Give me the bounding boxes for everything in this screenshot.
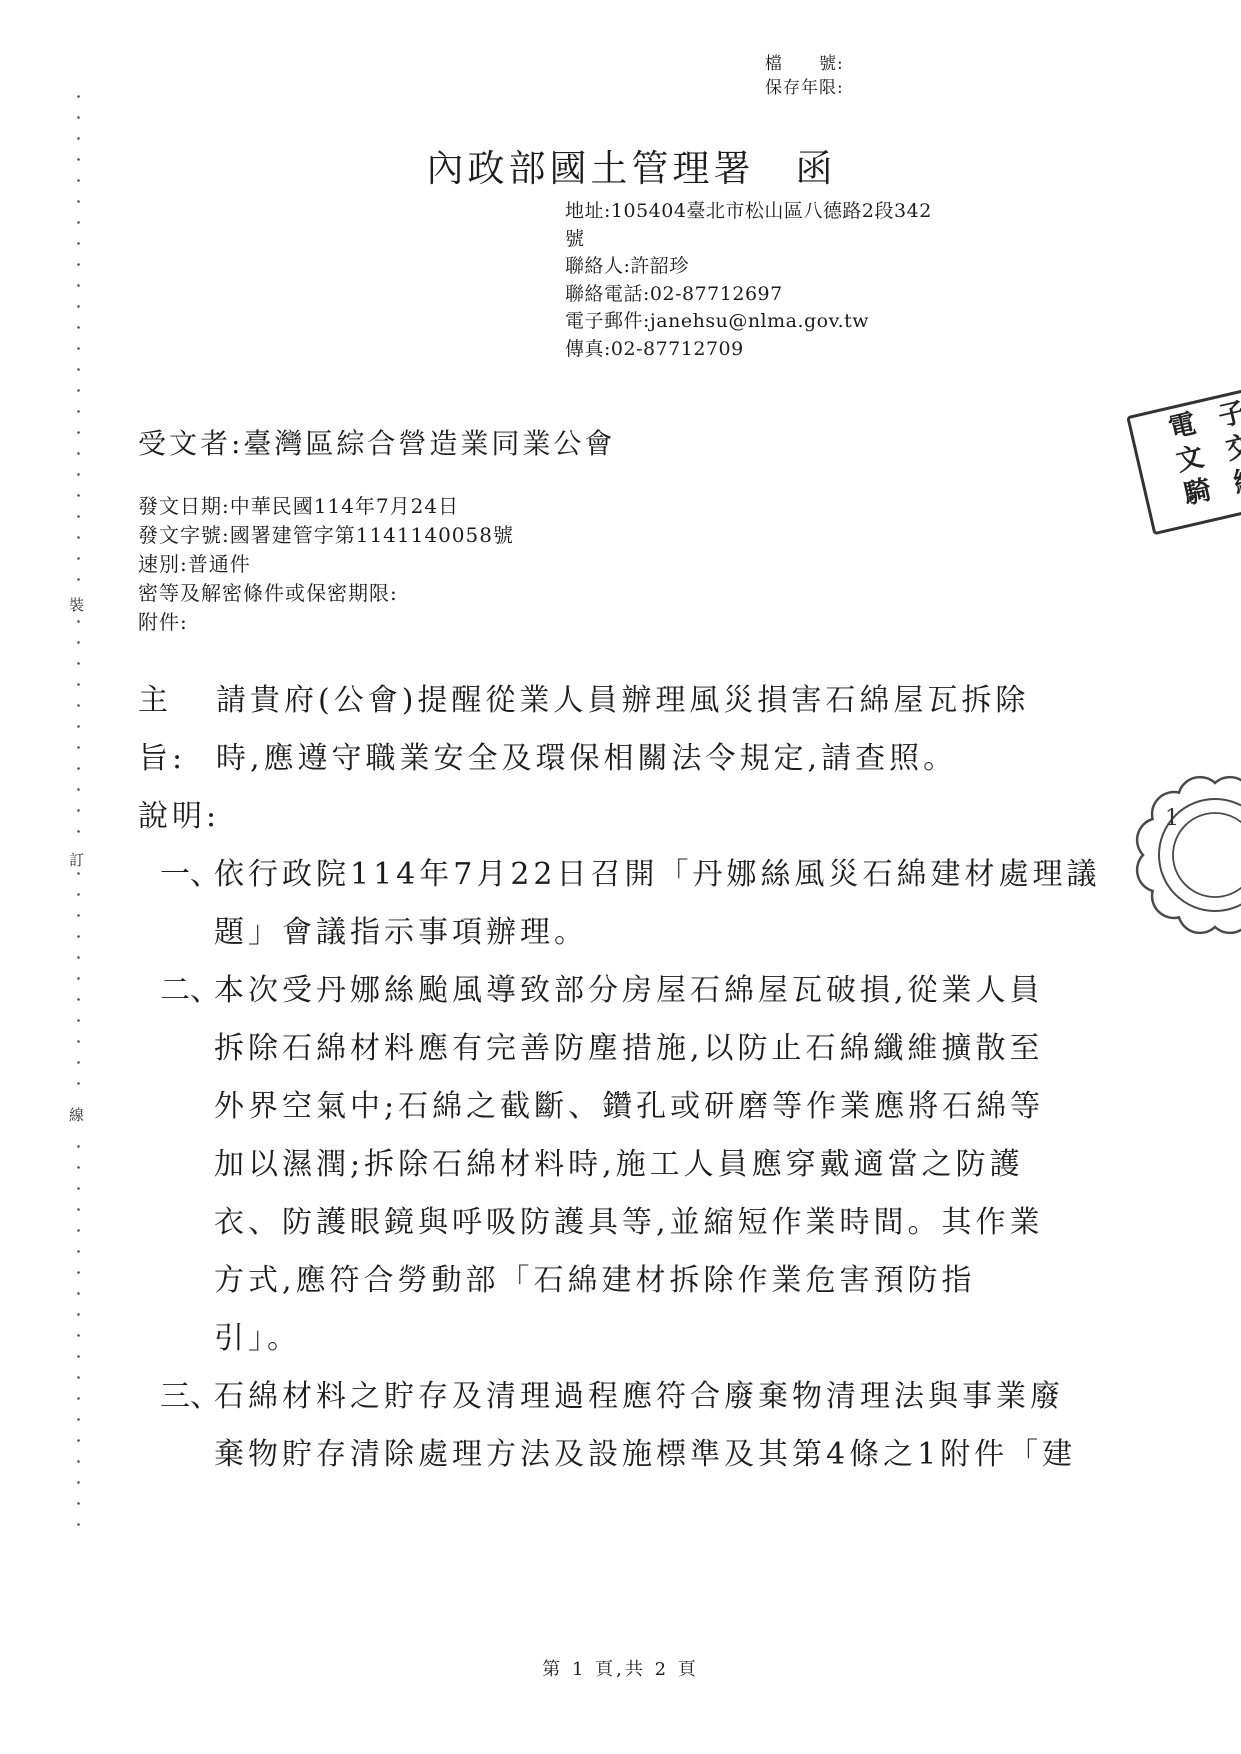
page-number-footer: 第 1 頁,共 2 頁 (0, 1655, 1241, 1681)
binding-mark-zhuang: 裝 (69, 592, 84, 617)
sender-email: 電子郵件:janehsu@nlma.gov.tw (565, 308, 932, 336)
item-number: 二、 (160, 962, 214, 1020)
item-text: 本次受丹娜絲颱風導致部分房屋石綿屋瓦破損,從業人員 拆除石綿材料應有完善防塵措施… (214, 962, 1114, 1368)
retention-period-label: 保存年限: (765, 76, 844, 100)
sender-address-line1: 地址:105404臺北市松山區八德路2段342 (565, 198, 932, 226)
item-number: 三、 (160, 1368, 214, 1426)
binding-mark-ding: 訂 (69, 847, 84, 872)
binding-mark-xian: 線 (69, 1102, 84, 1127)
flower-seal-inner-ring2 (1173, 813, 1241, 897)
dispatch-meta-block: 發文日期:中華民國114年7月24日 發文字號:國署建管字第1141140058… (138, 492, 514, 637)
explanation-item: 三、 石綿材料之貯存及清理過程應符合廢棄物清理法與事業廢 棄物貯存清除處理方法及… (160, 1368, 1138, 1484)
item-text: 依行政院114年7月22日召開「丹娜絲風災石綿建材處理議 題」會議指示事項辦理。 (214, 846, 1114, 962)
sender-contact-block: 地址:105404臺北市松山區八德路2段342 號 聯絡人:許韶珍 聯絡電話:0… (565, 198, 932, 363)
sender-fax: 傳真:02-87712709 (565, 336, 932, 364)
document-body: 主旨: 請貴府(公會)提醒從業人員辦理風災損害石綿屋瓦拆除 時,應遵守職業安全及… (138, 672, 1138, 1484)
subject-text: 請貴府(公會)提醒從業人員辦理風災損害石綿屋瓦拆除 時,應遵守職業安全及環保相關… (216, 672, 1116, 788)
electronic-exchange-stamp: 電文騎 子交總 (1126, 383, 1241, 536)
official-document-page: 裝 訂 線 檔 號: 保存年限: 內政部國土管理署 函 地址:105404臺北市… (0, 0, 1241, 1754)
explanation-item: 二、 本次受丹娜絲颱風導致部分房屋石綿屋瓦破損,從業人員 拆除石綿材料應有完善防… (160, 962, 1138, 1368)
dispatch-attachment: 附件: (138, 608, 514, 637)
exchange-stamp-left-column: 電文騎 (1157, 408, 1219, 522)
dispatch-speed: 速別:普通件 (138, 550, 514, 579)
dispatch-security: 密等及解密條件或保密期限: (138, 579, 514, 608)
sender-contact-person: 聯絡人:許韶珍 (565, 253, 932, 281)
subject-section: 主旨: 請貴府(公會)提醒從業人員辦理風災損害石綿屋瓦拆除 時,應遵守職業安全及… (138, 672, 1138, 788)
recipient-line: 受文者:臺灣區綜合營造業同業公會 (138, 422, 615, 462)
explanation-item: 一、 依行政院114年7月22日召開「丹娜絲風災石綿建材處理議 題」會議指示事項… (160, 846, 1138, 962)
file-header: 檔 號: 保存年限: (765, 52, 844, 100)
explanation-label: 說明: (138, 788, 338, 846)
flower-seal-stamp: 1 (1125, 765, 1241, 945)
document-title: 內政部國土管理署 函 (0, 138, 1241, 192)
item-number: 一、 (160, 846, 214, 904)
sender-phone: 聯絡電話:02-87712697 (565, 281, 932, 309)
binding-dotted-line (77, 86, 80, 1526)
item-text: 石綿材料之貯存及清理過程應符合廢棄物清理法與事業廢 棄物貯存清除處理方法及設施標… (214, 1368, 1114, 1484)
dispatch-number: 發文字號:國署建管字第1141140058號 (138, 521, 514, 550)
flower-seal-number: 1 (1165, 806, 1179, 831)
subject-label: 主旨: (138, 672, 216, 788)
sender-address-line2: 號 (565, 226, 932, 254)
file-number-label: 檔 號: (765, 52, 844, 76)
dispatch-date: 發文日期:中華民國114年7月24日 (138, 492, 514, 521)
